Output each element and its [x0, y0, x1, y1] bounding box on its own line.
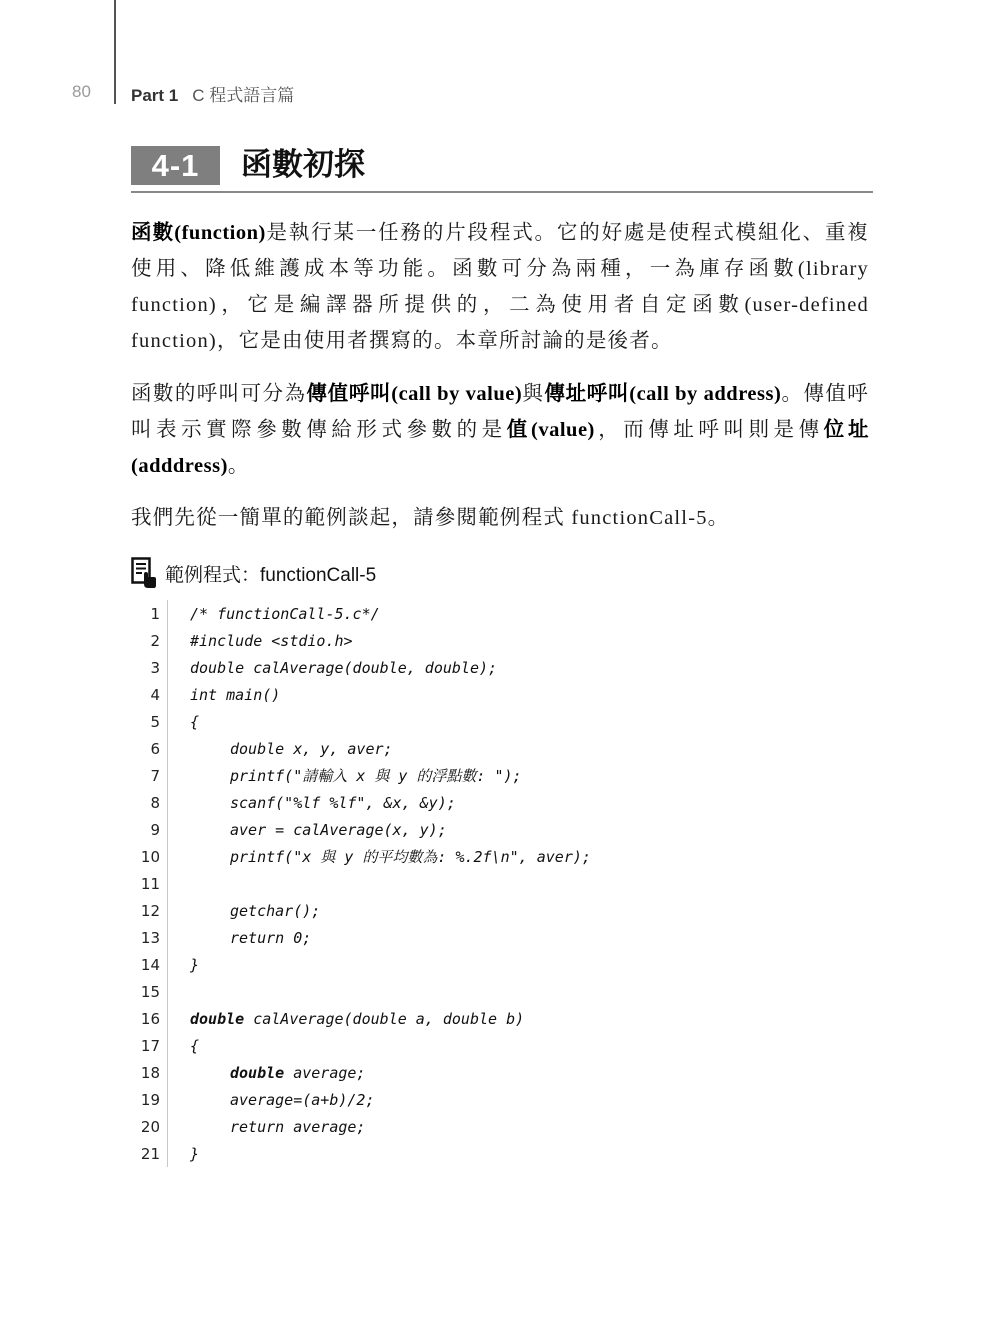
- text-segment: ，而傳址呼叫則是傳: [595, 419, 824, 441]
- gutter-rule: [167, 600, 168, 627]
- code-text: {: [190, 713, 199, 731]
- gutter-rule: [167, 843, 168, 870]
- code-text: return average;: [190, 1118, 365, 1136]
- gutter-rule: [167, 681, 168, 708]
- code-text: printf("請輸入 x 與 y 的浮點數: ");: [190, 765, 522, 786]
- gutter-rule: [167, 897, 168, 924]
- line-number: 2: [131, 632, 160, 650]
- line-number: 10: [131, 848, 160, 866]
- line-number: 6: [131, 740, 160, 758]
- gutter-rule: [167, 1140, 168, 1167]
- section-heading: 4-1 函數初探: [131, 146, 873, 192]
- code-line: 19average=(a+b)/2;: [131, 1086, 591, 1113]
- code-text: double calAverage(double a, double b): [190, 1010, 524, 1028]
- code-listing: 1/* functionCall-5.c*/2#include <stdio.h…: [131, 600, 591, 1167]
- part-title: C 程式語言篇: [192, 86, 294, 105]
- code-line: 2#include <stdio.h>: [131, 627, 591, 654]
- code-line: 7printf("請輸入 x 與 y 的浮點數: ");: [131, 762, 591, 789]
- section-divider: [131, 191, 873, 193]
- code-line: 12getchar();: [131, 897, 591, 924]
- gutter-rule: [167, 1032, 168, 1059]
- line-number: 17: [131, 1037, 160, 1055]
- code-line: 14}: [131, 951, 591, 978]
- line-number: 13: [131, 929, 160, 947]
- example-title: 範例程式：functionCall-5: [165, 560, 376, 587]
- code-line: 20return average;: [131, 1113, 591, 1140]
- code-text: printf("x 與 y 的平均數為: %.2f\n", aver);: [190, 846, 591, 867]
- line-number: 9: [131, 821, 160, 839]
- code-line: 6double x, y, aver;: [131, 735, 591, 762]
- code-line: 5{: [131, 708, 591, 735]
- gutter-rule: [167, 708, 168, 735]
- gutter-rule: [167, 1086, 168, 1113]
- line-number: 8: [131, 794, 160, 812]
- line-number: 21: [131, 1145, 160, 1163]
- line-number: 16: [131, 1010, 160, 1028]
- code-text: aver = calAverage(x, y);: [190, 821, 447, 839]
- term-call-by-address: 傳址呼叫(call by address): [544, 383, 781, 405]
- code-line: 18double average;: [131, 1059, 591, 1086]
- gutter-rule: [167, 735, 168, 762]
- line-number: 1: [131, 605, 160, 623]
- code-line: 10printf("x 與 y 的平均數為: %.2f\n", aver);: [131, 843, 591, 870]
- code-line: 17{: [131, 1032, 591, 1059]
- margin-rule: [114, 0, 116, 104]
- paragraph-example-intro: 我們先從一簡單的範例談起，請參閱範例程式 functionCall-5。: [131, 500, 869, 536]
- code-text: int main(): [190, 686, 280, 704]
- section-title: 函數初探: [241, 144, 365, 186]
- gutter-rule: [167, 789, 168, 816]
- section-number-badge: 4-1: [131, 146, 220, 185]
- gutter-rule: [167, 924, 168, 951]
- code-line: 13return 0;: [131, 924, 591, 951]
- line-number: 7: [131, 767, 160, 785]
- gutter-rule: [167, 951, 168, 978]
- text-segment: 函數的呼叫可分為: [131, 383, 306, 405]
- code-rest: average;: [284, 1064, 365, 1082]
- gutter-rule: [167, 1113, 168, 1140]
- line-number: 20: [131, 1118, 160, 1136]
- code-text: }: [190, 1145, 199, 1163]
- line-number: 12: [131, 902, 160, 920]
- gutter-rule: [167, 870, 168, 897]
- line-number: 14: [131, 956, 160, 974]
- code-listing-icon: [131, 557, 157, 589]
- term-function: 函數(function): [131, 222, 266, 244]
- code-text: /* functionCall-5.c*/: [190, 605, 380, 623]
- keyword: double: [190, 1010, 244, 1028]
- code-text: return 0;: [190, 929, 311, 947]
- text-segment: 與: [522, 383, 544, 405]
- code-text: double x, y, aver;: [190, 740, 393, 758]
- gutter-rule: [167, 1005, 168, 1032]
- code-line: 15: [131, 978, 591, 1005]
- part-label: Part 1: [131, 86, 178, 105]
- code-text: double calAverage(double, double);: [190, 659, 497, 677]
- gutter-rule: [167, 627, 168, 654]
- code-text: average=(a+b)/2;: [190, 1091, 375, 1109]
- term-value: 值(value): [507, 419, 595, 441]
- line-number: 5: [131, 713, 160, 731]
- code-line: 8scanf("%lf %lf", &x, &y);: [131, 789, 591, 816]
- line-number: 3: [131, 659, 160, 677]
- line-number: 15: [131, 983, 160, 1001]
- gutter-rule: [167, 978, 168, 1005]
- code-text: scanf("%lf %lf", &x, &y);: [190, 794, 456, 812]
- running-header: Part 1C 程式語言篇: [131, 81, 294, 106]
- code-text: double average;: [190, 1064, 365, 1082]
- gutter-rule: [167, 1059, 168, 1086]
- keyword: double: [230, 1064, 284, 1082]
- line-number: 18: [131, 1064, 160, 1082]
- code-rest: calAverage(double a, double b): [244, 1010, 524, 1028]
- code-line: 9aver = calAverage(x, y);: [131, 816, 591, 843]
- code-line: 1/* functionCall-5.c*/: [131, 600, 591, 627]
- gutter-rule: [167, 816, 168, 843]
- text-segment: 。: [228, 455, 250, 477]
- paragraph-function-definition: 函數(function)是執行某一任務的片段程式。它的好處是使程式模組化、重複使…: [131, 215, 869, 359]
- code-line: 4int main(): [131, 681, 591, 708]
- code-line: 3double calAverage(double, double);: [131, 654, 591, 681]
- code-text: {: [190, 1037, 199, 1055]
- code-text: }: [190, 956, 199, 974]
- page-number: 80: [72, 82, 91, 102]
- line-number: 19: [131, 1091, 160, 1109]
- term-call-by-value: 傳值呼叫(call by value): [306, 383, 522, 405]
- code-line: 21}: [131, 1140, 591, 1167]
- example-label: 範例程式：functionCall-5: [131, 556, 376, 590]
- code-line: 16double calAverage(double a, double b): [131, 1005, 591, 1032]
- line-number: 11: [131, 875, 160, 893]
- code-text: #include <stdio.h>: [190, 632, 353, 650]
- line-number: 4: [131, 686, 160, 704]
- code-text: getchar();: [190, 902, 320, 920]
- paragraph-call-types: 函數的呼叫可分為傳值呼叫(call by value)與傳址呼叫(call by…: [131, 376, 869, 484]
- gutter-rule: [167, 654, 168, 681]
- code-line: 11: [131, 870, 591, 897]
- gutter-rule: [167, 762, 168, 789]
